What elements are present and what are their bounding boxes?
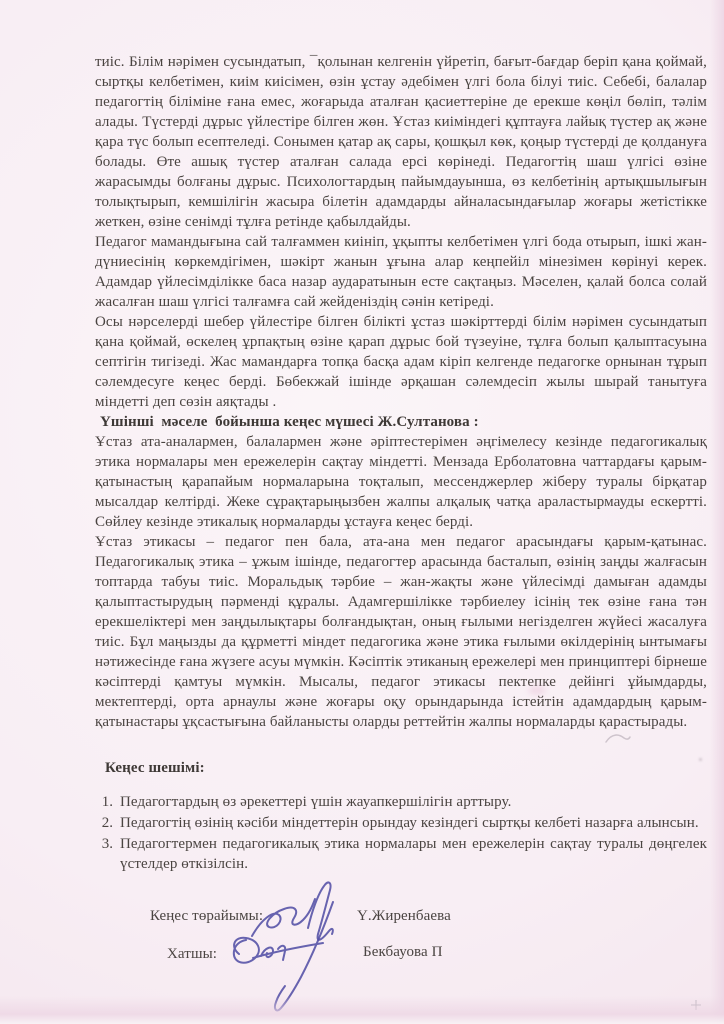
decision-heading: Кеңес шешімі: — [95, 758, 707, 778]
decision-item-2: Педагогтің өзінің кәсіби міндеттерін оры… — [117, 813, 707, 833]
decision-item-3: Педагогтермен педагогикалық этика нормал… — [117, 834, 707, 874]
issue-heading: Үшінші мәселе бойынша кеңес мүшесі Ж.Сул… — [95, 412, 707, 432]
decision-item-1: Педагогтардың өз әрекеттері үшін жауапке… — [117, 792, 707, 812]
secretary-label: Хатшы: — [167, 944, 217, 964]
decision-list: Педагогтардың өз әрекеттері үшін жауапке… — [95, 792, 707, 874]
paragraph-appearance: тиіс. Білім нәрімен сусындатып, ¯қолынан… — [95, 52, 707, 232]
page-right-edge-shading — [710, 0, 724, 1024]
secretary-name: Бекбауова П — [363, 942, 443, 962]
chairwoman-name: Ү.Жиренбаева — [357, 906, 451, 926]
document-text: тиіс. Білім нәрімен сусындатып, ¯қолынан… — [95, 52, 707, 1014]
chairwoman-label: Кеңес төрайымы: — [150, 906, 263, 926]
paragraph-style: Педагог мамандығына сай талғаммен киініп… — [95, 232, 707, 312]
scanned-document-page: тиіс. Білім нәрімен сусындатып, ¯қолынан… — [0, 0, 724, 1024]
paragraph-ethics-theory: Ұстаз этикасы – педагог пен бала, ата-ан… — [95, 532, 707, 732]
paragraph-ethics-rules: Ұстаз ата-аналармен, балалармен және әрі… — [95, 432, 707, 532]
paragraph-advice: Осы нәрселерді шебер үйлестіре білген бі… — [95, 312, 707, 412]
signature-block: Кеңес төрайымы: Ү.Жиренбаева Хатшы: Бекб… — [95, 894, 707, 1014]
